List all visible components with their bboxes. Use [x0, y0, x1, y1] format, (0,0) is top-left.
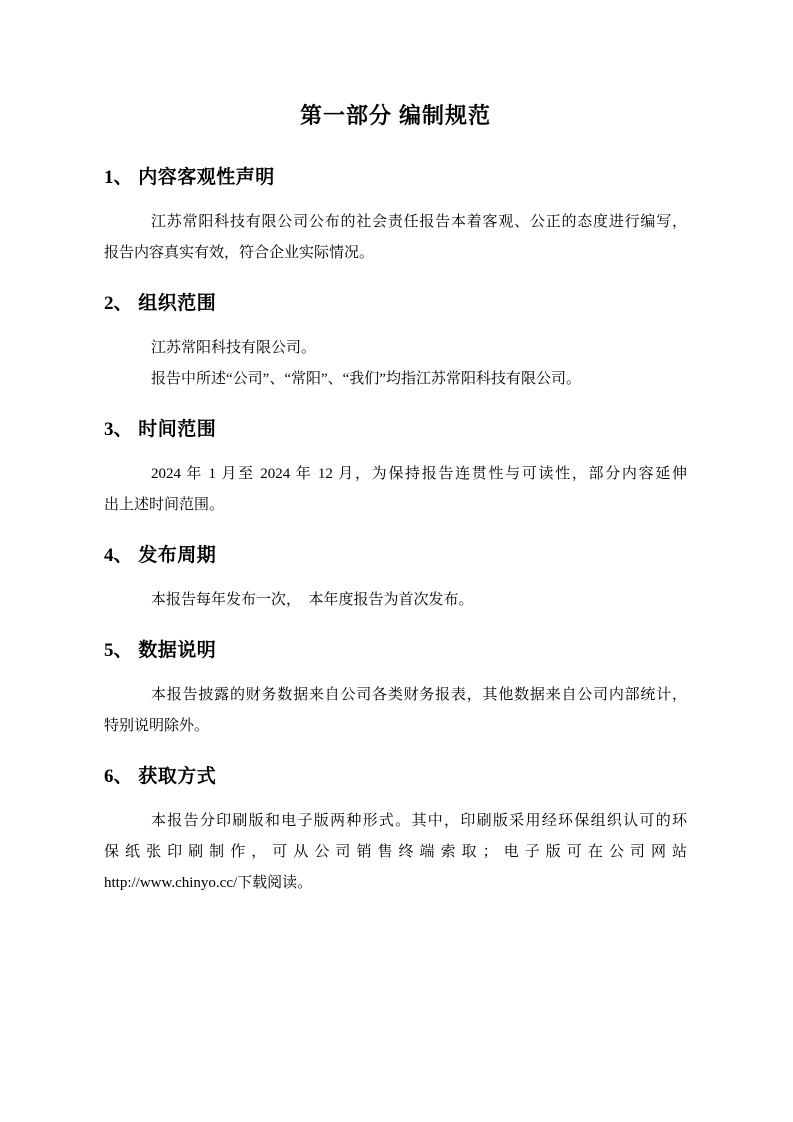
section-heading: 4、 发布周期: [104, 544, 687, 568]
paragraph-line: 出上述时间范围。: [104, 490, 687, 521]
paragraph-line: 江苏常阳科技有限公司公布的社会责任报告本着客观、公正的态度进行编写，: [104, 207, 687, 238]
section-heading: 5、 数据说明: [104, 639, 687, 663]
paragraph: 本报告每年发布一次， 本年度报告为首次发布。: [104, 585, 687, 616]
paragraph-line: 2024 年 1 月至 2024 年 12 月，为保持报告连贯性与可读性，部分内…: [104, 459, 687, 490]
paragraph-line: 特别说明除外。: [104, 711, 687, 742]
section-title: 数据说明: [138, 640, 216, 661]
section-heading: 1、 内容客观性声明: [104, 166, 687, 190]
report-section: 3、 时间范围 2024 年 1 月至 2024 年 12 月，为保持报告连贯性…: [104, 418, 687, 521]
section-title: 组织范围: [138, 293, 216, 314]
report-section: 4、 发布周期 本报告每年发布一次， 本年度报告为首次发布。: [104, 544, 687, 616]
report-section: 1、 内容客观性声明 江苏常阳科技有限公司公布的社会责任报告本着客观、公正的态度…: [104, 166, 687, 269]
sections-container: 1、 内容客观性声明 江苏常阳科技有限公司公布的社会责任报告本着客观、公正的态度…: [104, 166, 687, 899]
report-section: 2、 组织范围 江苏常阳科技有限公司。报告中所述“公司”、“常阳”、“我们”均指…: [104, 292, 687, 395]
paragraph-line: 保纸张印刷制作，可从公司销售终端索取；电子版可在公司网站: [104, 837, 687, 868]
paragraph: 本报告披露的财务数据来自公司各类财务报表，其他数据来自公司内部统计，特别说明除外…: [104, 680, 687, 742]
paragraph: 江苏常阳科技有限公司公布的社会责任报告本着客观、公正的态度进行编写，报告内容真实…: [104, 207, 687, 269]
document-page: 第一部分 编制规范 1、 内容客观性声明 江苏常阳科技有限公司公布的社会责任报告…: [0, 0, 793, 1122]
section-heading: 6、 获取方式: [104, 765, 687, 789]
section-title: 获取方式: [138, 766, 216, 787]
paragraph-line: 本报告披露的财务数据来自公司各类财务报表，其他数据来自公司内部统计，: [104, 680, 687, 711]
paragraph: 江苏常阳科技有限公司。: [104, 333, 687, 364]
section-heading: 2、 组织范围: [104, 292, 687, 316]
section-number: 2、: [104, 293, 133, 314]
paragraph-line: 江苏常阳科技有限公司。: [104, 333, 687, 364]
paragraph-line: 本报告每年发布一次， 本年度报告为首次发布。: [104, 585, 687, 616]
section-title: 发布周期: [138, 545, 216, 566]
paragraph-line: 报告中所述“公司”、“常阳”、“我们”均指江苏常阳科技有限公司。: [104, 364, 687, 395]
paragraph-line: http://www.chinyo.cc/下载阅读。: [104, 868, 687, 899]
section-number: 4、: [104, 545, 133, 566]
paragraph: 报告中所述“公司”、“常阳”、“我们”均指江苏常阳科技有限公司。: [104, 364, 687, 395]
section-number: 1、: [104, 167, 133, 188]
section-number: 3、: [104, 419, 133, 440]
section-title: 时间范围: [138, 419, 216, 440]
report-section: 5、 数据说明 本报告披露的财务数据来自公司各类财务报表，其他数据来自公司内部统…: [104, 639, 687, 742]
paragraph: 2024 年 1 月至 2024 年 12 月，为保持报告连贯性与可读性，部分内…: [104, 459, 687, 521]
page-title: 第一部分 编制规范: [104, 102, 687, 130]
paragraph: 本报告分印刷版和电子版两种形式。其中，印刷版采用经环保组织认可的环保纸张印刷制作…: [104, 806, 687, 899]
section-number: 6、: [104, 766, 133, 787]
report-section: 6、 获取方式 本报告分印刷版和电子版两种形式。其中，印刷版采用经环保组织认可的…: [104, 765, 687, 899]
paragraph-line: 本报告分印刷版和电子版两种形式。其中，印刷版采用经环保组织认可的环: [104, 806, 687, 837]
section-title: 内容客观性声明: [138, 167, 275, 188]
section-heading: 3、 时间范围: [104, 418, 687, 442]
paragraph-line: 报告内容真实有效，符合企业实际情况。: [104, 238, 687, 269]
section-number: 5、: [104, 640, 133, 661]
